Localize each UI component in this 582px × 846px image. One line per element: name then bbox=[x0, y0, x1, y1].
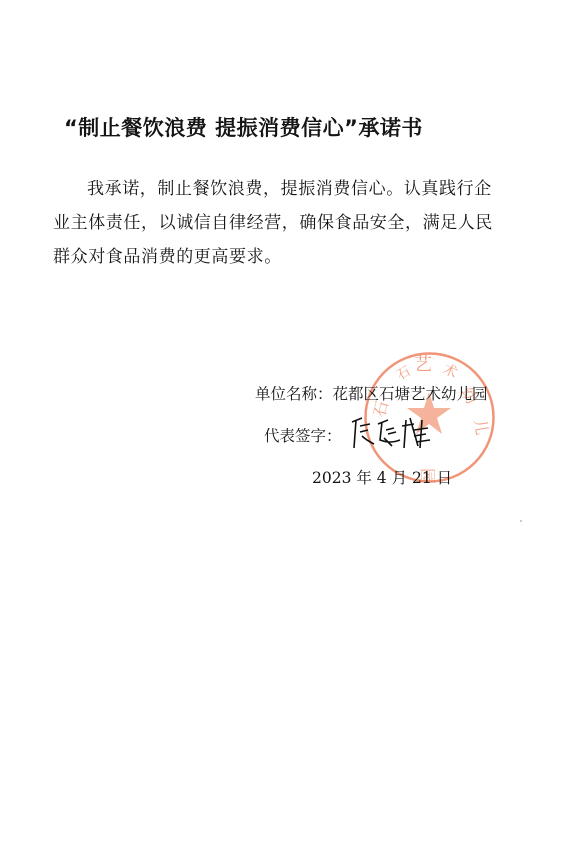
scan-speck bbox=[520, 520, 522, 522]
svg-text:石: 石 bbox=[395, 364, 414, 383]
document-title: “制止餐饮浪费 提振消费信心”承诺书 bbox=[64, 112, 534, 142]
unit-label: 单位名称： bbox=[255, 385, 333, 403]
svg-text:艺: 艺 bbox=[414, 354, 432, 375]
unit-line: 单位名称：花都区石塘艺术幼儿园 bbox=[255, 382, 488, 404]
representative-line: 代表签字： bbox=[264, 424, 342, 446]
date: 2023 年 4 月 21 日 bbox=[312, 466, 452, 488]
handwritten-signature bbox=[348, 410, 438, 452]
unit-name: 花都区石塘艺术幼儿园 bbox=[333, 385, 488, 403]
commitment-body: 我承诺，制止餐饮浪费，提振消费信心。认真践行企业主体责任，以诚信自律经营，确保食… bbox=[53, 172, 498, 274]
svg-text:儿: 儿 bbox=[470, 417, 491, 436]
rep-label: 代表签字： bbox=[264, 427, 342, 445]
svg-text:术: 术 bbox=[440, 360, 460, 381]
